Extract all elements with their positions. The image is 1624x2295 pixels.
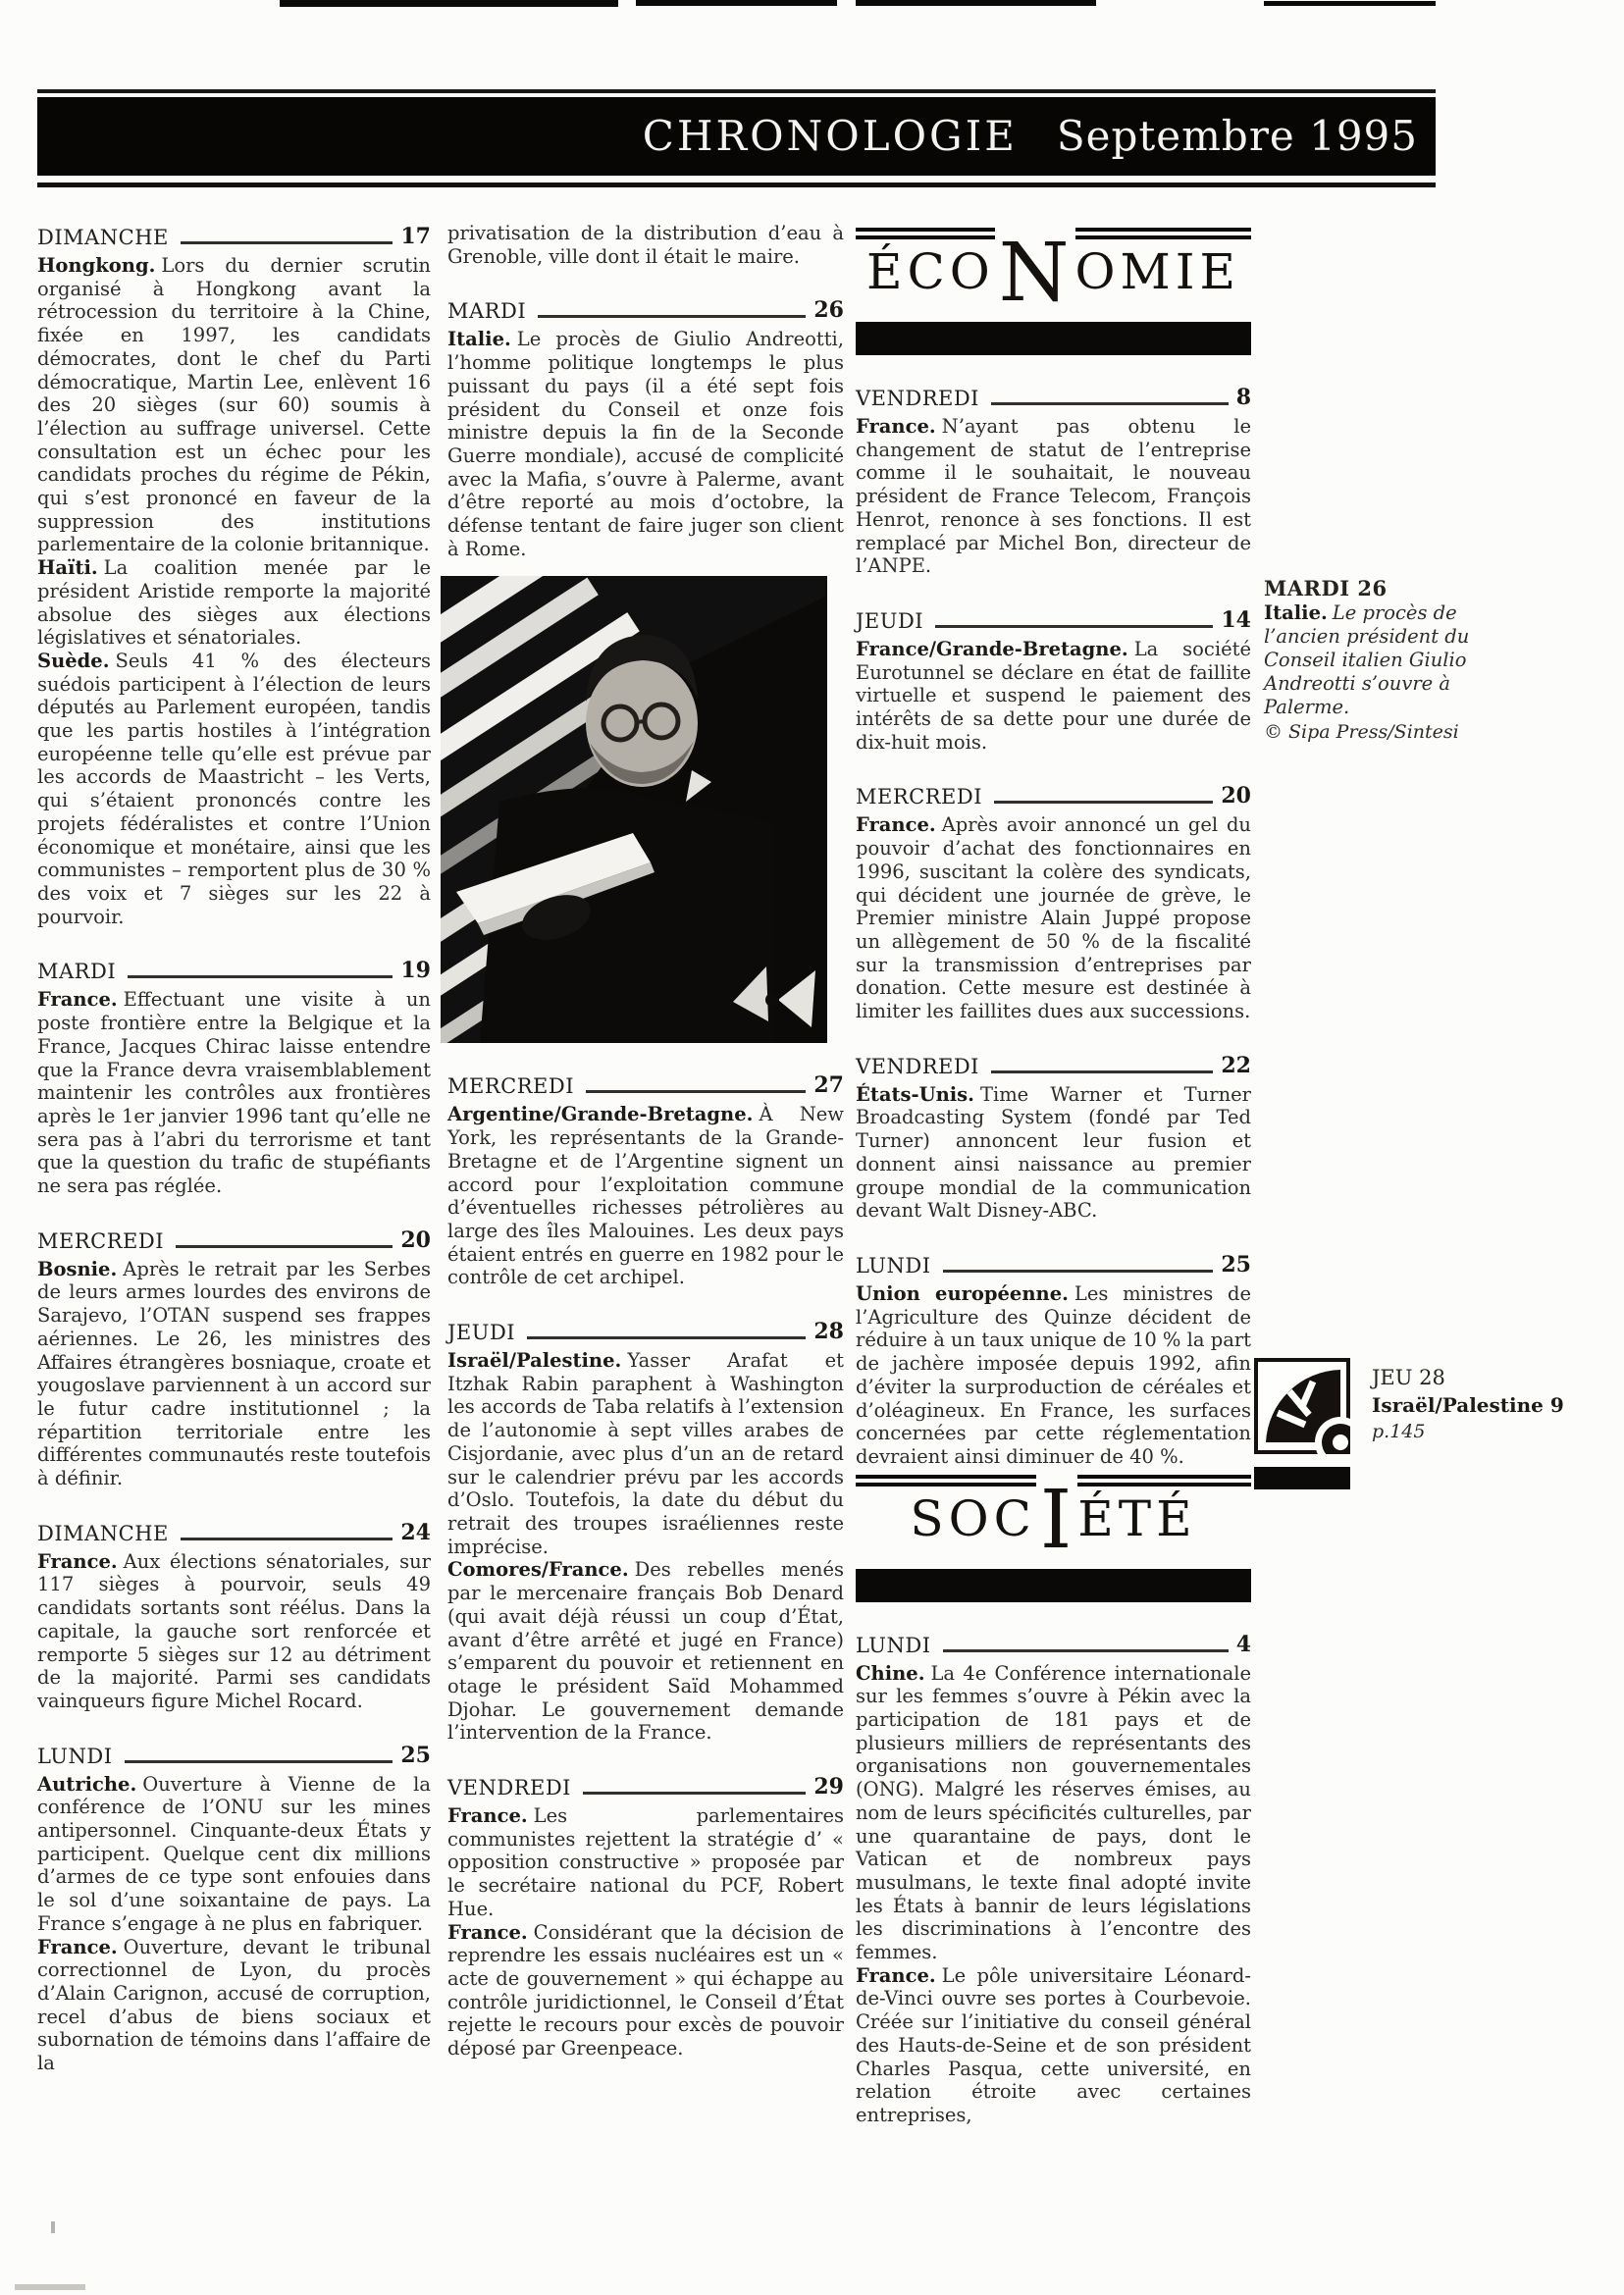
day-header: DIMANCHE24 <box>37 1520 431 1545</box>
day-header: MARDI19 <box>37 958 431 983</box>
entry-lead: Union européenne. <box>856 1282 1069 1305</box>
entry-text: Aux élections sénatoriales, sur 117 sièg… <box>37 1550 431 1712</box>
entry-paragraph: France.Ouverture, devant le tribunal cor… <box>37 1936 431 2075</box>
day-header: LUNDI25 <box>856 1252 1251 1278</box>
day-rule <box>176 1245 393 1248</box>
entry-lead: France. <box>37 1550 118 1573</box>
scan-artifact <box>15 2284 85 2290</box>
photo-credit: © Sipa Press/Sintesi <box>1264 720 1521 744</box>
header-bottom-rule <box>37 183 1436 187</box>
margin-note-page-ref: p.145 <box>1372 1419 1564 1444</box>
entry-paragraph: France.Après avoir annoncé un gel du pou… <box>856 813 1251 1022</box>
day-number: 22 <box>1221 1053 1251 1078</box>
day-rule <box>991 1070 1213 1073</box>
day-rule <box>943 1270 1214 1273</box>
entry-lead: France. <box>856 415 936 438</box>
entry-lead: Israël/Palestine. <box>447 1349 621 1372</box>
day-number: 8 <box>1236 385 1251 410</box>
chronology-entry: VENDREDI8France.N’ayant pas obtenu le ch… <box>856 385 1251 578</box>
section-title-part: I <box>1036 1474 1077 1567</box>
entry-paragraph: France/Grande-Bretagne.La société Eurotu… <box>856 638 1251 755</box>
margin-note-body: Italie.Le procès de l’ancien président d… <box>1264 601 1521 719</box>
chronology-entry: MERCREDI20France.Après avoir annoncé un … <box>856 783 1251 1022</box>
day-number: 27 <box>813 1072 844 1098</box>
entry-lead: Bosnie. <box>37 1258 117 1280</box>
day-name: VENDREDI <box>856 1055 979 1078</box>
section-header: SOCIÉTÉ <box>856 1475 1251 1602</box>
news-photo-andreotti <box>441 576 827 1043</box>
margin-note-title: Israël/Palestine 9 <box>1372 1391 1564 1419</box>
entry-paragraph: Argentine/Grande-Bretagne.À New York, le… <box>447 1103 844 1289</box>
section-header: ÉCONOMIE <box>856 228 1251 355</box>
margin-note-text-block: JEU 28 Israël/Palestine 9 p.145 <box>1372 1358 1564 1489</box>
day-number: 4 <box>1236 1632 1251 1657</box>
entry-lead: Suède. <box>37 650 110 672</box>
day-name: MARDI <box>37 960 116 983</box>
day-number: 20 <box>1221 783 1251 808</box>
day-rule <box>583 1792 806 1795</box>
day-number: 20 <box>400 1227 431 1253</box>
entry-paragraph: France.N’ayant pas obtenu le changement … <box>856 415 1251 578</box>
entry-text: Les ministres de l’Agriculture des Quinz… <box>856 1282 1251 1468</box>
section-title: SOCIÉTÉ <box>856 1490 1251 1559</box>
day-name: MERCREDI <box>447 1074 574 1098</box>
chronology-entry: VENDREDI22États-Unis.Time Warner et Turn… <box>856 1053 1251 1223</box>
chronology-entry: MARDI26Italie.Le procès de Giulio Andreo… <box>447 297 844 560</box>
section-black-band <box>856 322 1251 355</box>
entry-lead: Hongkong. <box>37 254 155 277</box>
entry-text: Yasser Arafat et Itzhak Rabin paraphent … <box>447 1349 844 1558</box>
day-number: 29 <box>813 1774 844 1799</box>
day-name: MARDI <box>447 299 526 323</box>
header-top-rule <box>37 89 1436 93</box>
section-title-part: N <box>995 227 1075 320</box>
entry-text: À New York, les représentants de la Gran… <box>447 1103 844 1288</box>
entry-lead: Italie. <box>447 328 511 350</box>
day-name: VENDREDI <box>447 1776 571 1799</box>
day-number: 24 <box>400 1520 431 1545</box>
day-name: LUNDI <box>856 1634 931 1657</box>
day-name: DIMANCHE <box>37 226 169 249</box>
page-header: CHRONOLOGIESeptembre 1995 <box>37 97 1436 176</box>
chronology-entry: DIMANCHE24France.Aux élections sénatoria… <box>37 1520 431 1713</box>
day-rule <box>943 1649 1229 1652</box>
entry-text: Le pôle universitaire Léonard-de-Vinci o… <box>856 1964 1251 2126</box>
section-title-part: SOC <box>910 1490 1036 1547</box>
day-header: DIMANCHE17 <box>37 224 431 249</box>
entry-lead: France. <box>856 813 936 836</box>
entry-text: Après le retrait par les Serbes de leurs… <box>37 1258 431 1489</box>
day-number: 17 <box>400 224 431 249</box>
chronology-entry: LUNDI25Autriche.Ouverture à Vienne de la… <box>37 1743 431 2075</box>
entry-text: Après avoir annoncé un gel du pouvoir d’… <box>856 813 1251 1022</box>
entry-paragraph: Union européenne.Les ministres de l’Agri… <box>856 1282 1251 1469</box>
entry-text: Ouverture à Vienne de la conférence de l… <box>37 1773 431 1935</box>
chronology-entry: LUNDI25Union européenne.Les ministres de… <box>856 1252 1251 1469</box>
entry-lead: France. <box>856 1964 936 1987</box>
chronology-entry: JEUDI14France/Grande-Bretagne.La société… <box>856 607 1251 755</box>
day-header: VENDREDI8 <box>856 385 1251 410</box>
chronology-entry: MERCREDI27Argentine/Grande-Bretagne.À Ne… <box>447 1072 844 1289</box>
entry-paragraph: Suède.Seuls 41 % des électeurs suédois p… <box>37 650 431 928</box>
column-center: privatisation de la distribution d’eau à… <box>447 222 844 2060</box>
day-header: MARDI26 <box>447 297 844 323</box>
entry-paragraph: France.Effectuant une visite à un poste … <box>37 988 431 1197</box>
day-name: JEUDI <box>856 609 923 633</box>
page-title: CHRONOLOGIE <box>643 112 1018 160</box>
day-number: 28 <box>813 1319 844 1344</box>
entry-text: Des rebelles menés par le mercenaire fra… <box>447 1558 844 1744</box>
entry-paragraph: Hongkong.Lors du dernier scrutin organis… <box>37 254 431 556</box>
day-number: 19 <box>400 958 431 983</box>
entry-paragraph: Chine.La 4e Conférence internationale su… <box>856 1662 1251 1964</box>
scan-artifact <box>51 2221 55 2233</box>
day-rule <box>935 625 1213 628</box>
page-header-text: CHRONOLOGIESeptembre 1995 <box>37 97 1436 176</box>
entry-lead: Comores/France. <box>447 1558 629 1581</box>
section-title: ÉCONOMIE <box>856 243 1251 312</box>
day-header: VENDREDI22 <box>856 1053 1251 1078</box>
entry-lead: Haïti. <box>37 556 98 579</box>
day-name: JEUDI <box>447 1321 515 1344</box>
margin-note-lead: Italie. <box>1264 601 1328 624</box>
scan-artifact <box>280 0 618 7</box>
day-number: 26 <box>813 297 844 323</box>
entry-paragraph: France.Aux élections sénatoriales, sur 1… <box>37 1550 431 1713</box>
entry-paragraph: Autriche.Ouverture à Vienne de la confér… <box>37 1773 431 1936</box>
section-black-band <box>856 1569 1251 1602</box>
entry-text: Lors du dernier scrutin organisé à Hongk… <box>37 254 431 555</box>
day-rule <box>527 1336 806 1339</box>
entry-lead: France. <box>37 988 118 1011</box>
day-name: DIMANCHE <box>37 1522 169 1545</box>
column-right: ÉCONOMIEVENDREDI8France.N’ayant pas obte… <box>856 222 1251 2127</box>
scan-artifact <box>856 0 1096 6</box>
entry-text: Seuls 41 % des électeurs suédois partici… <box>37 650 431 928</box>
column-left: DIMANCHE17Hongkong.Lors du dernier scrut… <box>37 222 431 2075</box>
day-header: JEUDI14 <box>856 607 1251 633</box>
icon-underline-bar <box>1254 1467 1350 1489</box>
chronology-entry: LUNDI4Chine.La 4e Conférence internation… <box>856 1632 1251 2127</box>
entry-paragraph: Israël/Palestine.Yasser Arafat et Itzhak… <box>447 1349 844 1558</box>
entry-paragraph: France.Les parlementaires communistes re… <box>447 1804 844 1921</box>
chronology-entry: DIMANCHE17Hongkong.Lors du dernier scrut… <box>37 224 431 928</box>
entry-lead: France. <box>447 1921 528 1944</box>
day-name: LUNDI <box>37 1745 113 1768</box>
entry-lead: France/Grande-Bretagne. <box>856 638 1128 660</box>
day-header: MERCREDI20 <box>856 783 1251 808</box>
margin-note-day: JEU 28 <box>1372 1364 1564 1391</box>
chronology-entry: VENDREDI29France.Les parlementaires comm… <box>447 1774 844 2060</box>
chronology-entry: JEUDI28Israël/Palestine.Yasser Arafat et… <box>447 1319 844 1745</box>
day-header: MERCREDI27 <box>447 1072 844 1098</box>
day-name: MERCREDI <box>37 1229 164 1253</box>
entry-paragraph: Comores/France.Des rebelles menés par le… <box>447 1558 844 1745</box>
day-number: 25 <box>1221 1252 1251 1278</box>
day-rule <box>538 315 806 318</box>
chronology-entry: MERCREDI20Bosnie.Après le retrait par le… <box>37 1227 431 1490</box>
section-title-part: ÉTÉ <box>1077 1490 1196 1547</box>
entry-paragraph: États-Unis.Time Warner et Turner Broadca… <box>856 1083 1251 1223</box>
entry-lead: Autriche. <box>37 1773 136 1796</box>
entry-lead: France. <box>447 1804 528 1827</box>
day-rule <box>994 801 1213 804</box>
entry-paragraph: France.Le pôle universitaire Léonard-de-… <box>856 1964 1251 2127</box>
day-rule <box>125 1760 393 1763</box>
entry-text: N’ayant pas obtenu le changement de stat… <box>856 415 1251 577</box>
fan-chart-icon <box>1254 1358 1350 1489</box>
day-header: JEUDI28 <box>447 1319 844 1344</box>
day-number: 14 <box>1221 607 1251 633</box>
day-name: LUNDI <box>856 1254 931 1278</box>
day-header: LUNDI25 <box>37 1743 431 1768</box>
scan-artifact <box>636 0 837 6</box>
day-rule <box>991 402 1229 405</box>
entry-text: Le procès de Giulio Andreotti, l’homme p… <box>447 328 844 559</box>
day-header: LUNDI4 <box>856 1632 1251 1657</box>
scan-artifact <box>1264 1 1436 6</box>
scanned-page: CHRONOLOGIESeptembre 1995 DIMANCHE17Hong… <box>0 0 1624 2295</box>
entry-lead: Chine. <box>856 1662 924 1685</box>
day-rule <box>181 1538 393 1540</box>
day-rule <box>128 975 393 978</box>
margin-note-cross-reference: JEU 28 Israël/Palestine 9 p.145 <box>1254 1358 1624 1489</box>
section-title-part: ÉCO <box>866 243 995 300</box>
page-subtitle: Septembre 1995 <box>1057 112 1418 160</box>
entry-lead: États-Unis. <box>856 1083 974 1106</box>
entry-paragraph: Haïti.La coalition menée par le présiden… <box>37 556 431 650</box>
entry-paragraph: Bosnie.Après le retrait par les Serbes d… <box>37 1258 431 1490</box>
entry-text: La 4e Conférence internationale sur les … <box>856 1662 1251 1963</box>
entry-text: Effectuant une visite à un poste frontiè… <box>37 988 431 1197</box>
section-title-part: OMIE <box>1075 243 1240 300</box>
day-rule <box>586 1090 806 1093</box>
margin-note-photo-caption: MARDI 26 Italie.Le procès de l’ancien pr… <box>1264 575 1521 744</box>
day-number: 25 <box>400 1743 431 1768</box>
day-name: MERCREDI <box>856 785 982 808</box>
day-header: MERCREDI20 <box>37 1227 431 1253</box>
day-header: VENDREDI29 <box>447 1774 844 1799</box>
day-rule <box>181 241 393 244</box>
chronology-entry: MARDI19France.Effectuant une visite à un… <box>37 958 431 1197</box>
entry-paragraph: Italie.Le procès de Giulio Andreotti, l’… <box>447 328 844 560</box>
entry-paragraph: France.Considérant que la décision de re… <box>447 1921 844 2060</box>
day-name: VENDREDI <box>856 387 979 410</box>
entry-lead: France. <box>37 1936 118 1958</box>
continuation-paragraph: privatisation de la distribution d’eau à… <box>447 222 844 268</box>
entry-lead: Argentine/Grande-Bretagne. <box>447 1103 753 1125</box>
margin-note-day: MARDI 26 <box>1264 575 1521 601</box>
